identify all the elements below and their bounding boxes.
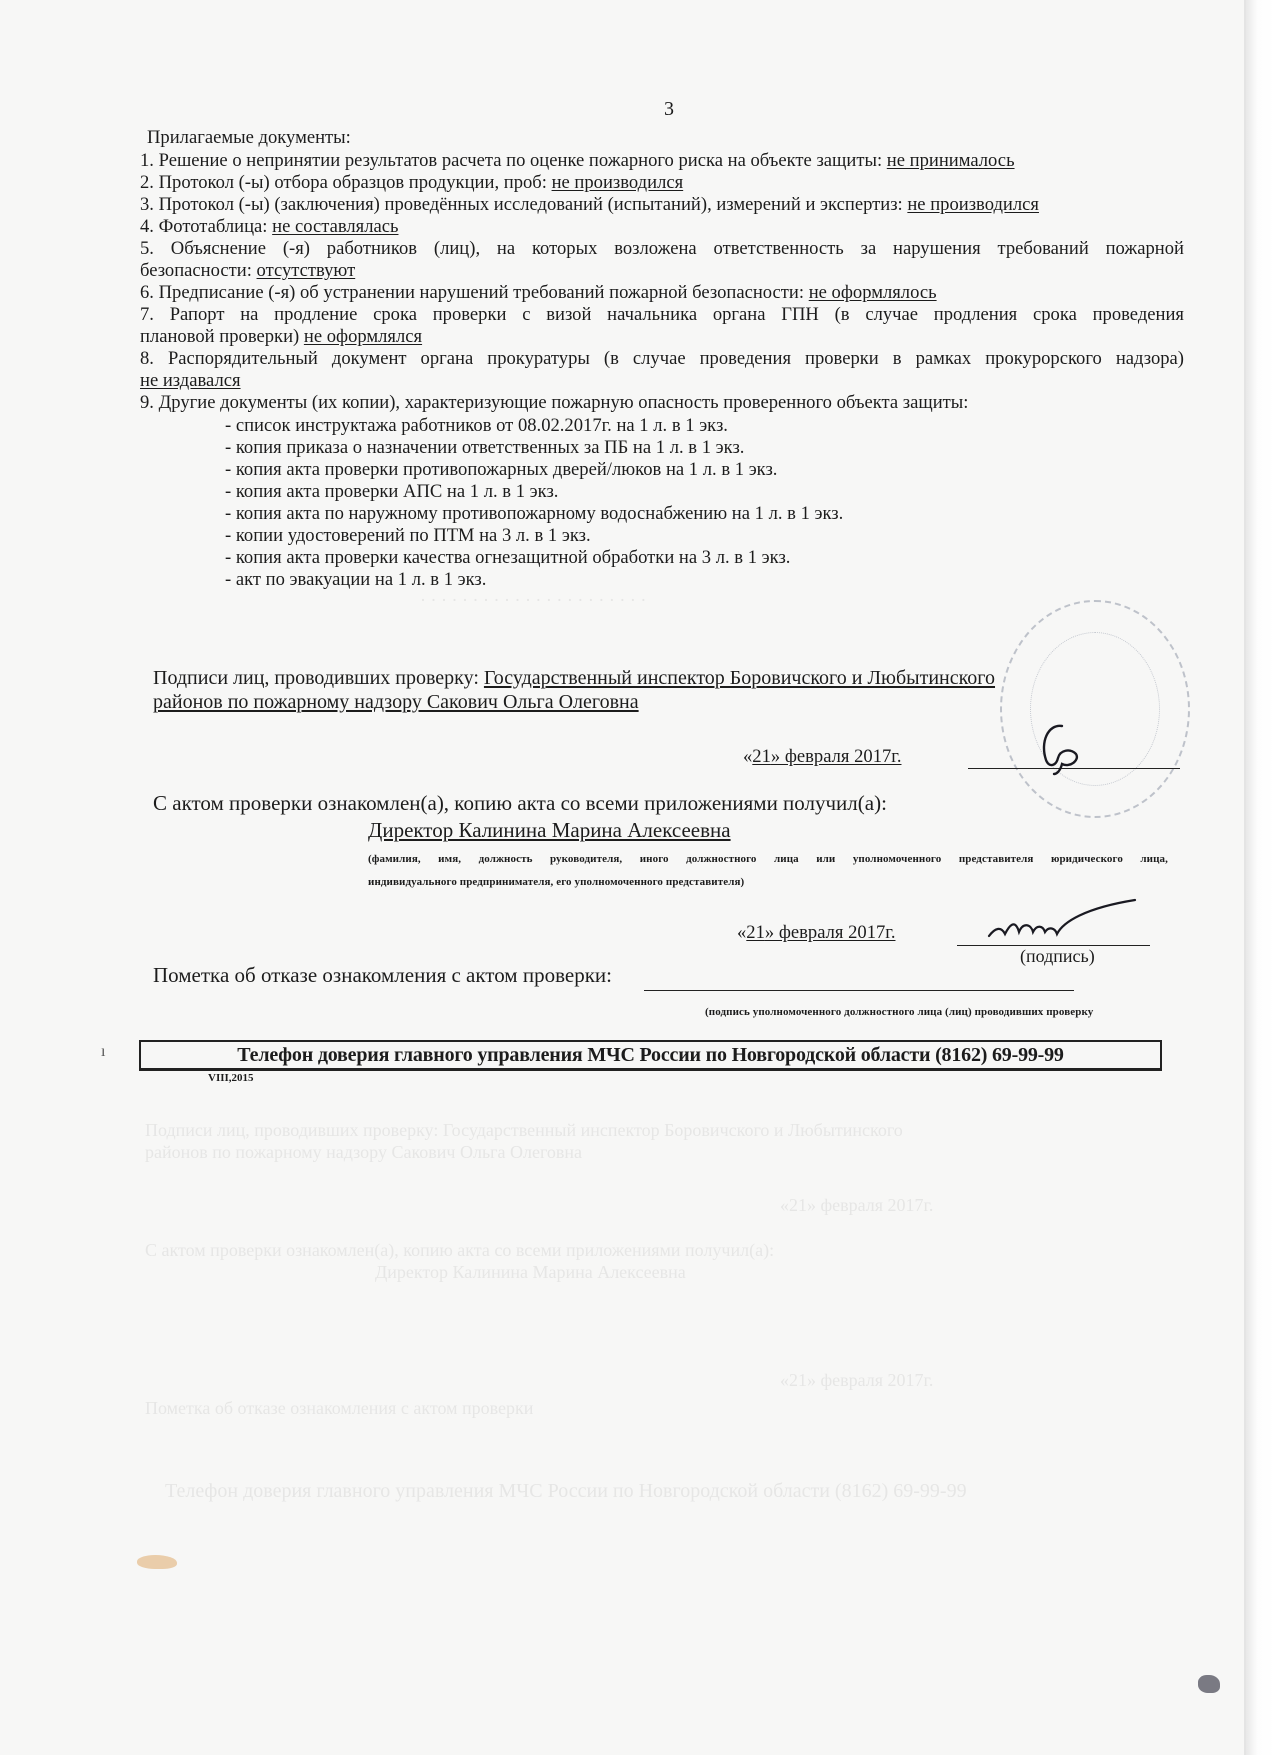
- attachment-item-1: 1. Решение о непринятии результатов расч…: [140, 150, 1015, 172]
- form-version: VIII,2015: [208, 1072, 254, 1084]
- ink-blot: [1198, 1675, 1220, 1693]
- director-handwritten-signature-icon: [985, 898, 1160, 948]
- attachment-item-6-value: не оформлялось: [809, 282, 937, 303]
- attachment-item-7-line1: 7. Рапорт на продление срока проверки с …: [140, 304, 1184, 326]
- acknowledgement-date: «21» февраля 2017г.: [737, 922, 895, 944]
- bleed-through-text: «21» февраля 2017г.: [780, 1370, 933, 1391]
- other-document-item: - копия акта проверки АПС на 1 л. в 1 эк…: [225, 481, 558, 503]
- attachment-item-8-line1: 8. Распорядительный документ органа прок…: [140, 348, 1184, 370]
- attachment-item-3: 3. Протокол (-ы) (заключения) проведённы…: [140, 194, 1039, 216]
- bleed-through-text: · · · · · · · · · · · · · · · · · · · · …: [420, 590, 646, 611]
- hotline-text: Телефон доверия главного управления МЧС …: [237, 1044, 1063, 1067]
- bleed-through-text: С актом проверки ознакомлен(а), копию ак…: [145, 1240, 774, 1261]
- bleed-through-text: Директор Калинина Марина Алексеевна: [375, 1262, 686, 1283]
- official-seal-stamp: [1000, 600, 1190, 818]
- other-document-item: - акт по эвакуации на 1 л. в 1 экз.: [225, 569, 486, 591]
- bleed-through-text: районов по пожарному надзору Сакович Оль…: [145, 1142, 582, 1163]
- acknowledgement-caption-line2: индивидуального предпринимателя, его упо…: [368, 876, 744, 888]
- signature-caption: (подпись): [1020, 946, 1095, 967]
- inspector-signature-date: «21» февраля 2017г.: [743, 746, 901, 768]
- refusal-caption: (подпись уполномоченного должностного ли…: [705, 1006, 1093, 1018]
- other-document-item: - копия акта проверки качества огнезащит…: [225, 547, 790, 569]
- page-number: 3: [664, 98, 674, 121]
- refusal-signature-line: [644, 990, 1074, 991]
- attachment-item-8-value: не издавался: [140, 370, 241, 392]
- inspector-name-line1: Государственный инспектор Боровичского и…: [484, 667, 995, 689]
- acknowledgement-caption-line1: (фамилия, имя, должность руководителя, и…: [368, 853, 1168, 865]
- attachment-item-1-value: не принималось: [887, 150, 1015, 171]
- other-document-item: - список инструктажа работников от 08.02…: [225, 415, 728, 437]
- other-document-item: - копия акта по наружному противопожарно…: [225, 503, 843, 525]
- hotline-banner: Телефон доверия главного управления МЧС …: [139, 1040, 1162, 1071]
- other-document-item: - копия акта проверки противопожарных дв…: [225, 459, 777, 481]
- attachments-heading: Прилагаемые документы:: [147, 127, 351, 149]
- attachment-item-9: 9. Другие документы (их копии), характер…: [140, 392, 968, 414]
- attachment-item-2: 2. Протокол (-ы) отбора образцов продукц…: [140, 172, 683, 194]
- refusal-label: Пометка об отказе ознакомления с актом п…: [153, 963, 612, 988]
- attachment-item-4-value: не составлялась: [272, 216, 398, 237]
- attachment-item-4: 4. Фототаблица: не составлялась: [140, 216, 398, 238]
- other-document-item: - копии удостоверений по ПТМ на 3 л. в 1…: [225, 525, 591, 547]
- attachment-item-5-value: отсутствуют: [257, 260, 356, 281]
- other-document-item: - копия приказа о назначении ответственн…: [225, 437, 744, 459]
- bleed-through-text: Пометка об отказе ознакомления с актом п…: [145, 1398, 533, 1419]
- scanner-edge: [1246, 0, 1275, 1755]
- acknowledgement-label: С актом проверки ознакомлен(а), копию ак…: [153, 791, 887, 816]
- inspector-handwritten-signature-icon: [1030, 720, 1090, 776]
- acknowledged-person-name: Директор Калинина Марина Алексеевна: [368, 818, 731, 843]
- margin-mark: ı: [101, 1043, 105, 1061]
- bleed-through-text: Телефон доверия главного управления МЧС …: [165, 1480, 967, 1503]
- bleed-through-text: Подписи лиц, проводивших проверку: Госуд…: [145, 1120, 903, 1141]
- attachment-item-2-value: не производился: [552, 172, 684, 193]
- attachment-item-7-value: не оформлялся: [304, 326, 422, 347]
- attachment-item-5-line1: 5. Объяснение (-я) работников (лиц), на …: [140, 238, 1184, 260]
- attachment-item-3-value: не производился: [907, 194, 1039, 215]
- paper-stain: [137, 1555, 177, 1569]
- inspector-name-line2: районов по пожарному надзору Сакович Оль…: [153, 690, 639, 714]
- inspector-signature-line1: Подписи лиц, проводивших проверку: Госуд…: [153, 666, 995, 690]
- document-page: 3 Прилагаемые документы: 1. Решение о не…: [0, 0, 1246, 1755]
- attachment-item-7-line2: плановой проверки) не оформлялся: [140, 326, 422, 348]
- attachment-item-6: 6. Предписание (-я) об устранении наруше…: [140, 282, 937, 304]
- bleed-through-text: «21» февраля 2017г.: [780, 1195, 933, 1216]
- attachment-item-5-line2: безопасности: отсутствуют: [140, 260, 355, 282]
